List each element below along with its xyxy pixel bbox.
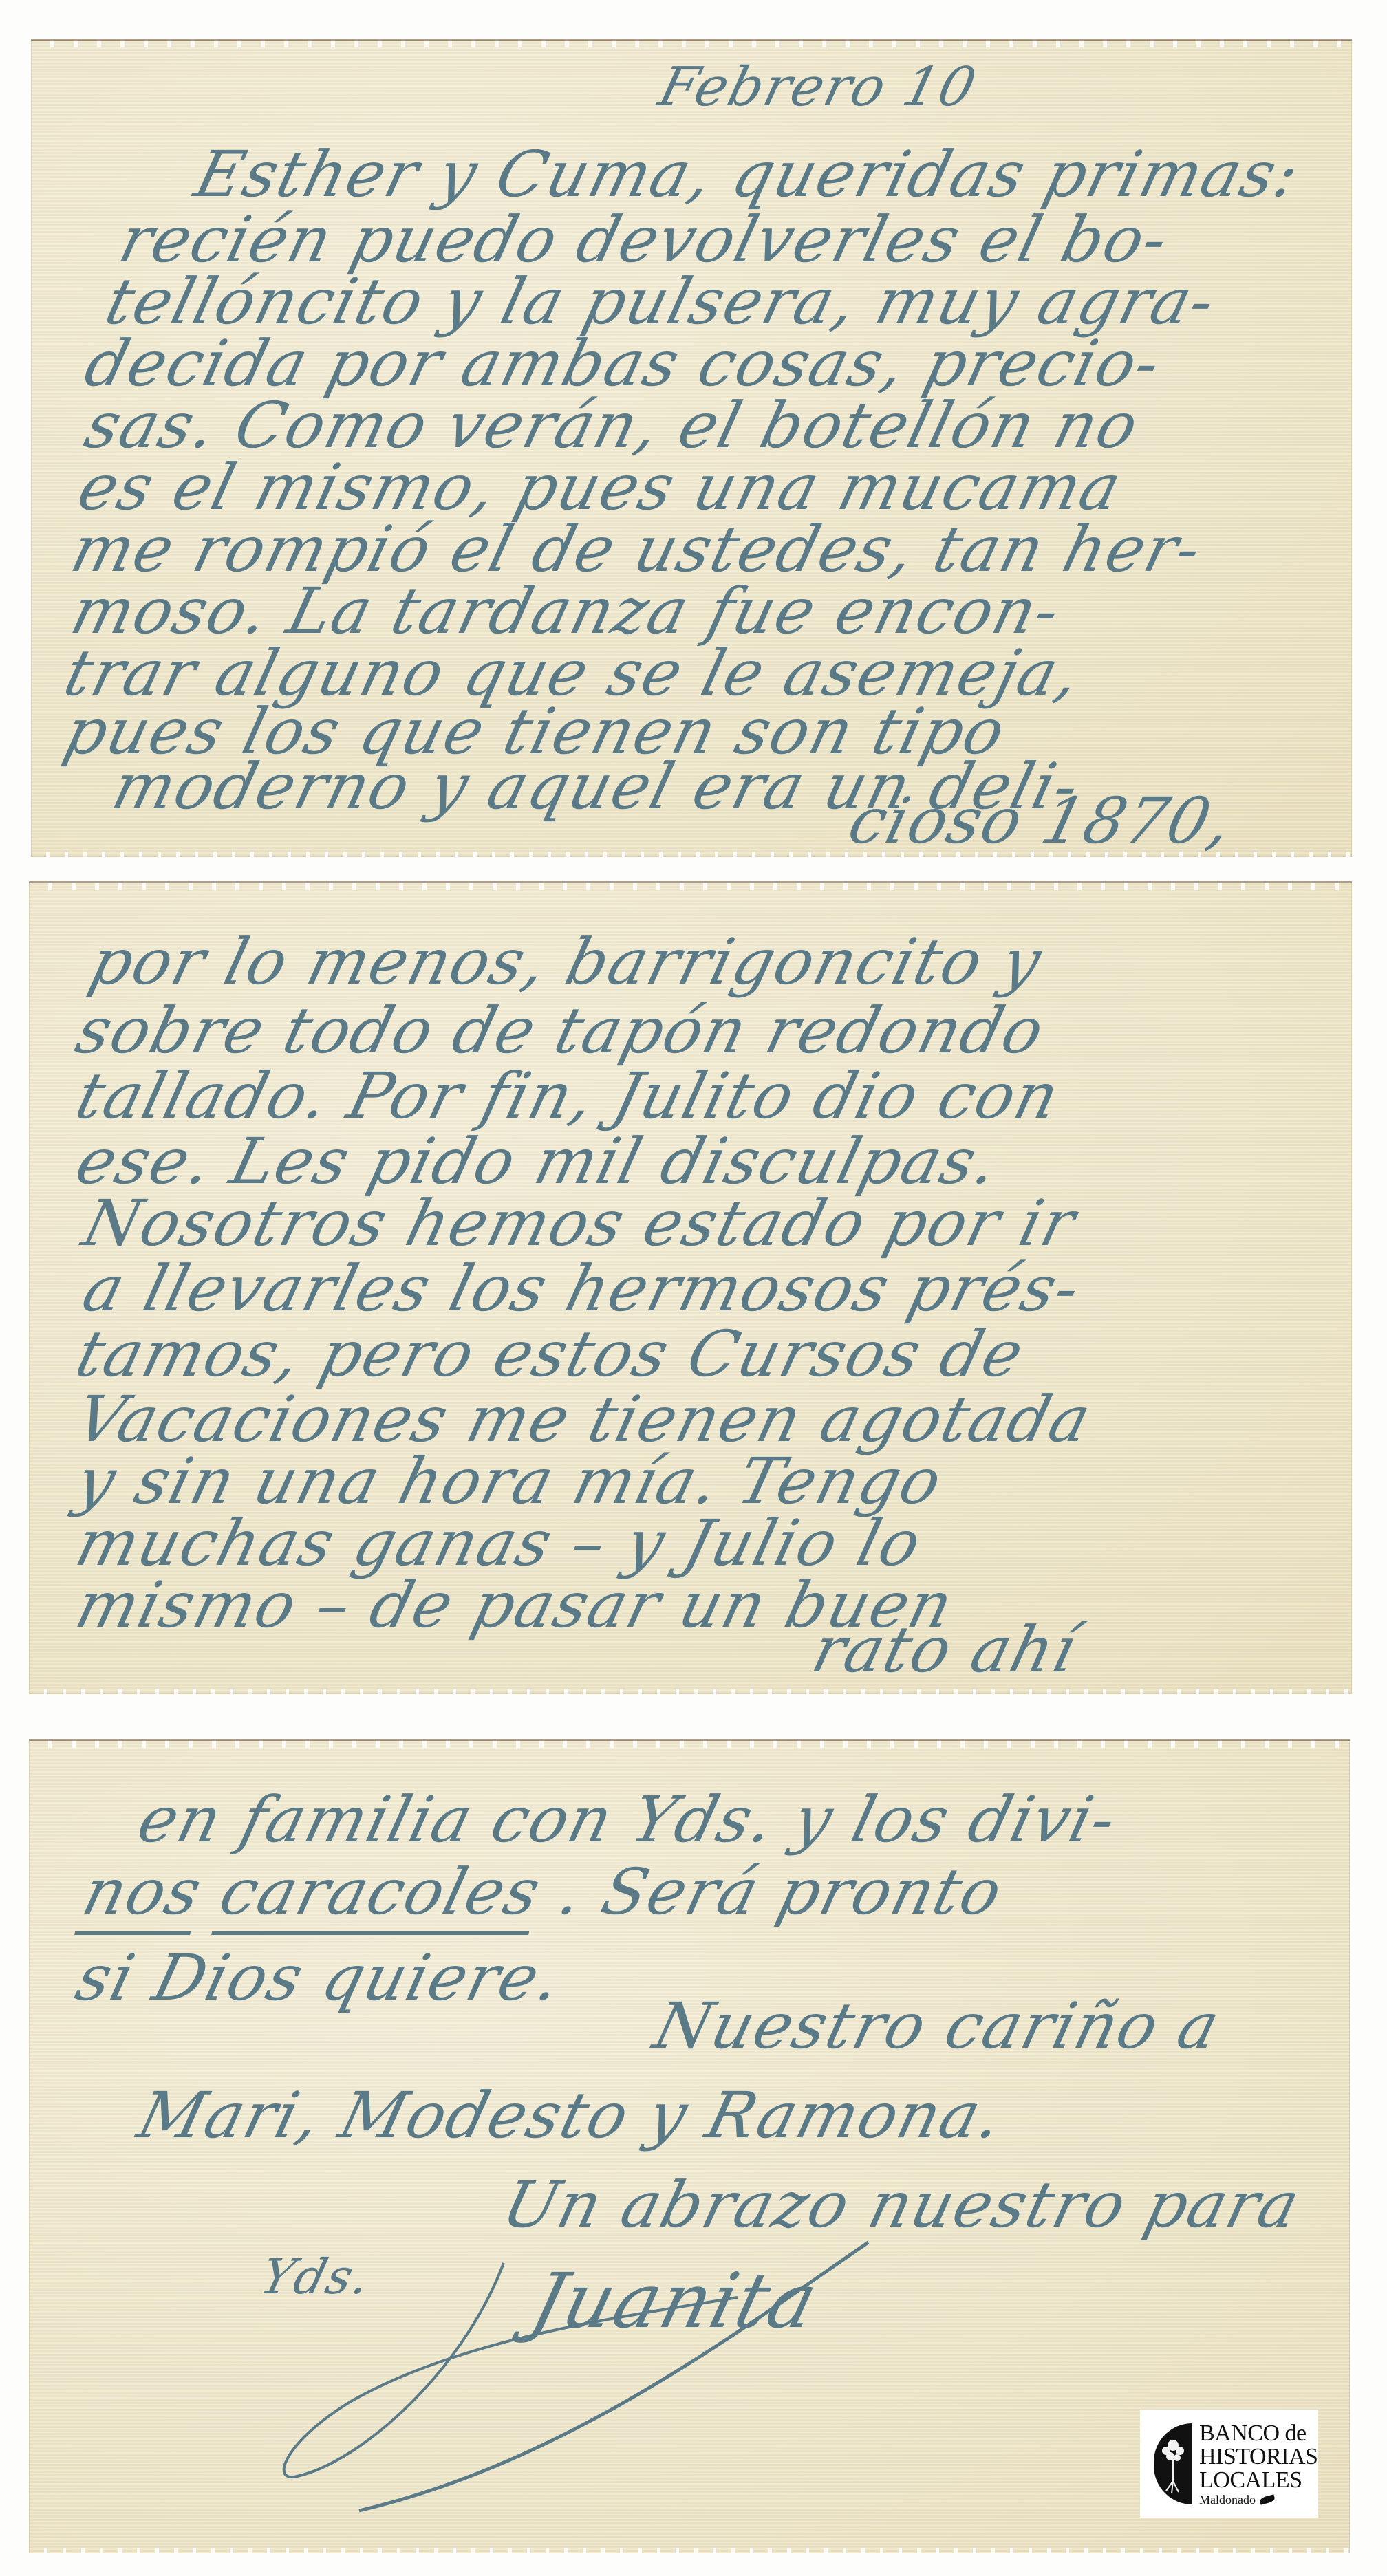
letter-line: sobre todo de tapón redondo xyxy=(70,999,1051,1063)
letter-card-2: por lo menos, barrigoncito y sobre todo … xyxy=(29,883,1352,1694)
banco-historias-locales-logo: BANCO de HISTORIAS LOCALES Maldonado xyxy=(1140,2410,1318,2518)
letter-line: recién puedo devolverles el bo- xyxy=(114,208,1175,272)
underlined-word: caracoles xyxy=(211,1855,548,1935)
letter-line: a llevarles los hermosos prés- xyxy=(77,1257,1087,1321)
letter-line: en familia con Yds. y los divi- xyxy=(132,1788,1123,1852)
letter-text: . Será pronto xyxy=(552,1855,1011,1929)
letter-line: ese. Les pido mil disculpas. xyxy=(70,1130,1005,1193)
logo-line-1: BANCO de xyxy=(1199,2422,1318,2445)
letter-line: si Dios quiere. xyxy=(70,1947,568,2010)
letter-line: tallado. Por fin, Julito dio con xyxy=(70,1065,1066,1128)
logo-line-2: HISTORIAS xyxy=(1199,2445,1318,2469)
letter-line: muchas ganas – y Julio lo xyxy=(70,1512,928,1575)
underlined-word: nos xyxy=(74,1855,210,1935)
letter-line: tamos, pero estos Cursos de xyxy=(70,1323,1031,1386)
logo-subtitle: Maldonado xyxy=(1199,2493,1256,2506)
letter-line: cioso 1870, xyxy=(843,790,1240,853)
letter-date: Febrero 10 xyxy=(654,61,982,114)
letter-line: Vacaciones me tienen agotada xyxy=(70,1388,1097,1451)
letter-line: me rompió el de ustedes, tan her- xyxy=(65,518,1208,581)
letter-line: Mari, Modesto y Ramona. xyxy=(132,2084,1009,2147)
letter-line-underlined: nos caracoles . Será pronto xyxy=(77,1861,1009,1924)
logo-line-3: LOCALES xyxy=(1199,2469,1318,2492)
letter-line: decida por ambas cosas, precio- xyxy=(79,332,1167,396)
letter-line: moso. La tardanza fue encon- xyxy=(65,580,1067,643)
letter-line: Nosotros hemos estado por ir xyxy=(77,1192,1082,1255)
tree-icon xyxy=(1154,2423,1192,2504)
letter-line: sas. Como verán, el botellón no xyxy=(79,394,1146,457)
leaf-icon xyxy=(1259,2494,1276,2504)
signature-flourish xyxy=(256,2236,875,2524)
letter-line: es el mismo, pues una mucama xyxy=(72,456,1128,519)
letter-line: Nuestro cariño a xyxy=(648,1995,1226,2058)
letter-line: Un abrazo nuestro para xyxy=(497,2174,1307,2237)
letter-line: por lo menos, barrigoncito y xyxy=(84,931,1049,994)
letter-line: Esther y Cuma, queridas primas: xyxy=(189,143,1306,206)
letter-line: rato ahí xyxy=(806,1619,1084,1682)
letter-line: y sin una hora mía. Tengo xyxy=(70,1450,949,1513)
letter-card-1: Febrero 10 Esther y Cuma, queridas prima… xyxy=(31,40,1352,857)
letter-line: tellóncito y la pulsera, muy agra- xyxy=(100,270,1222,334)
